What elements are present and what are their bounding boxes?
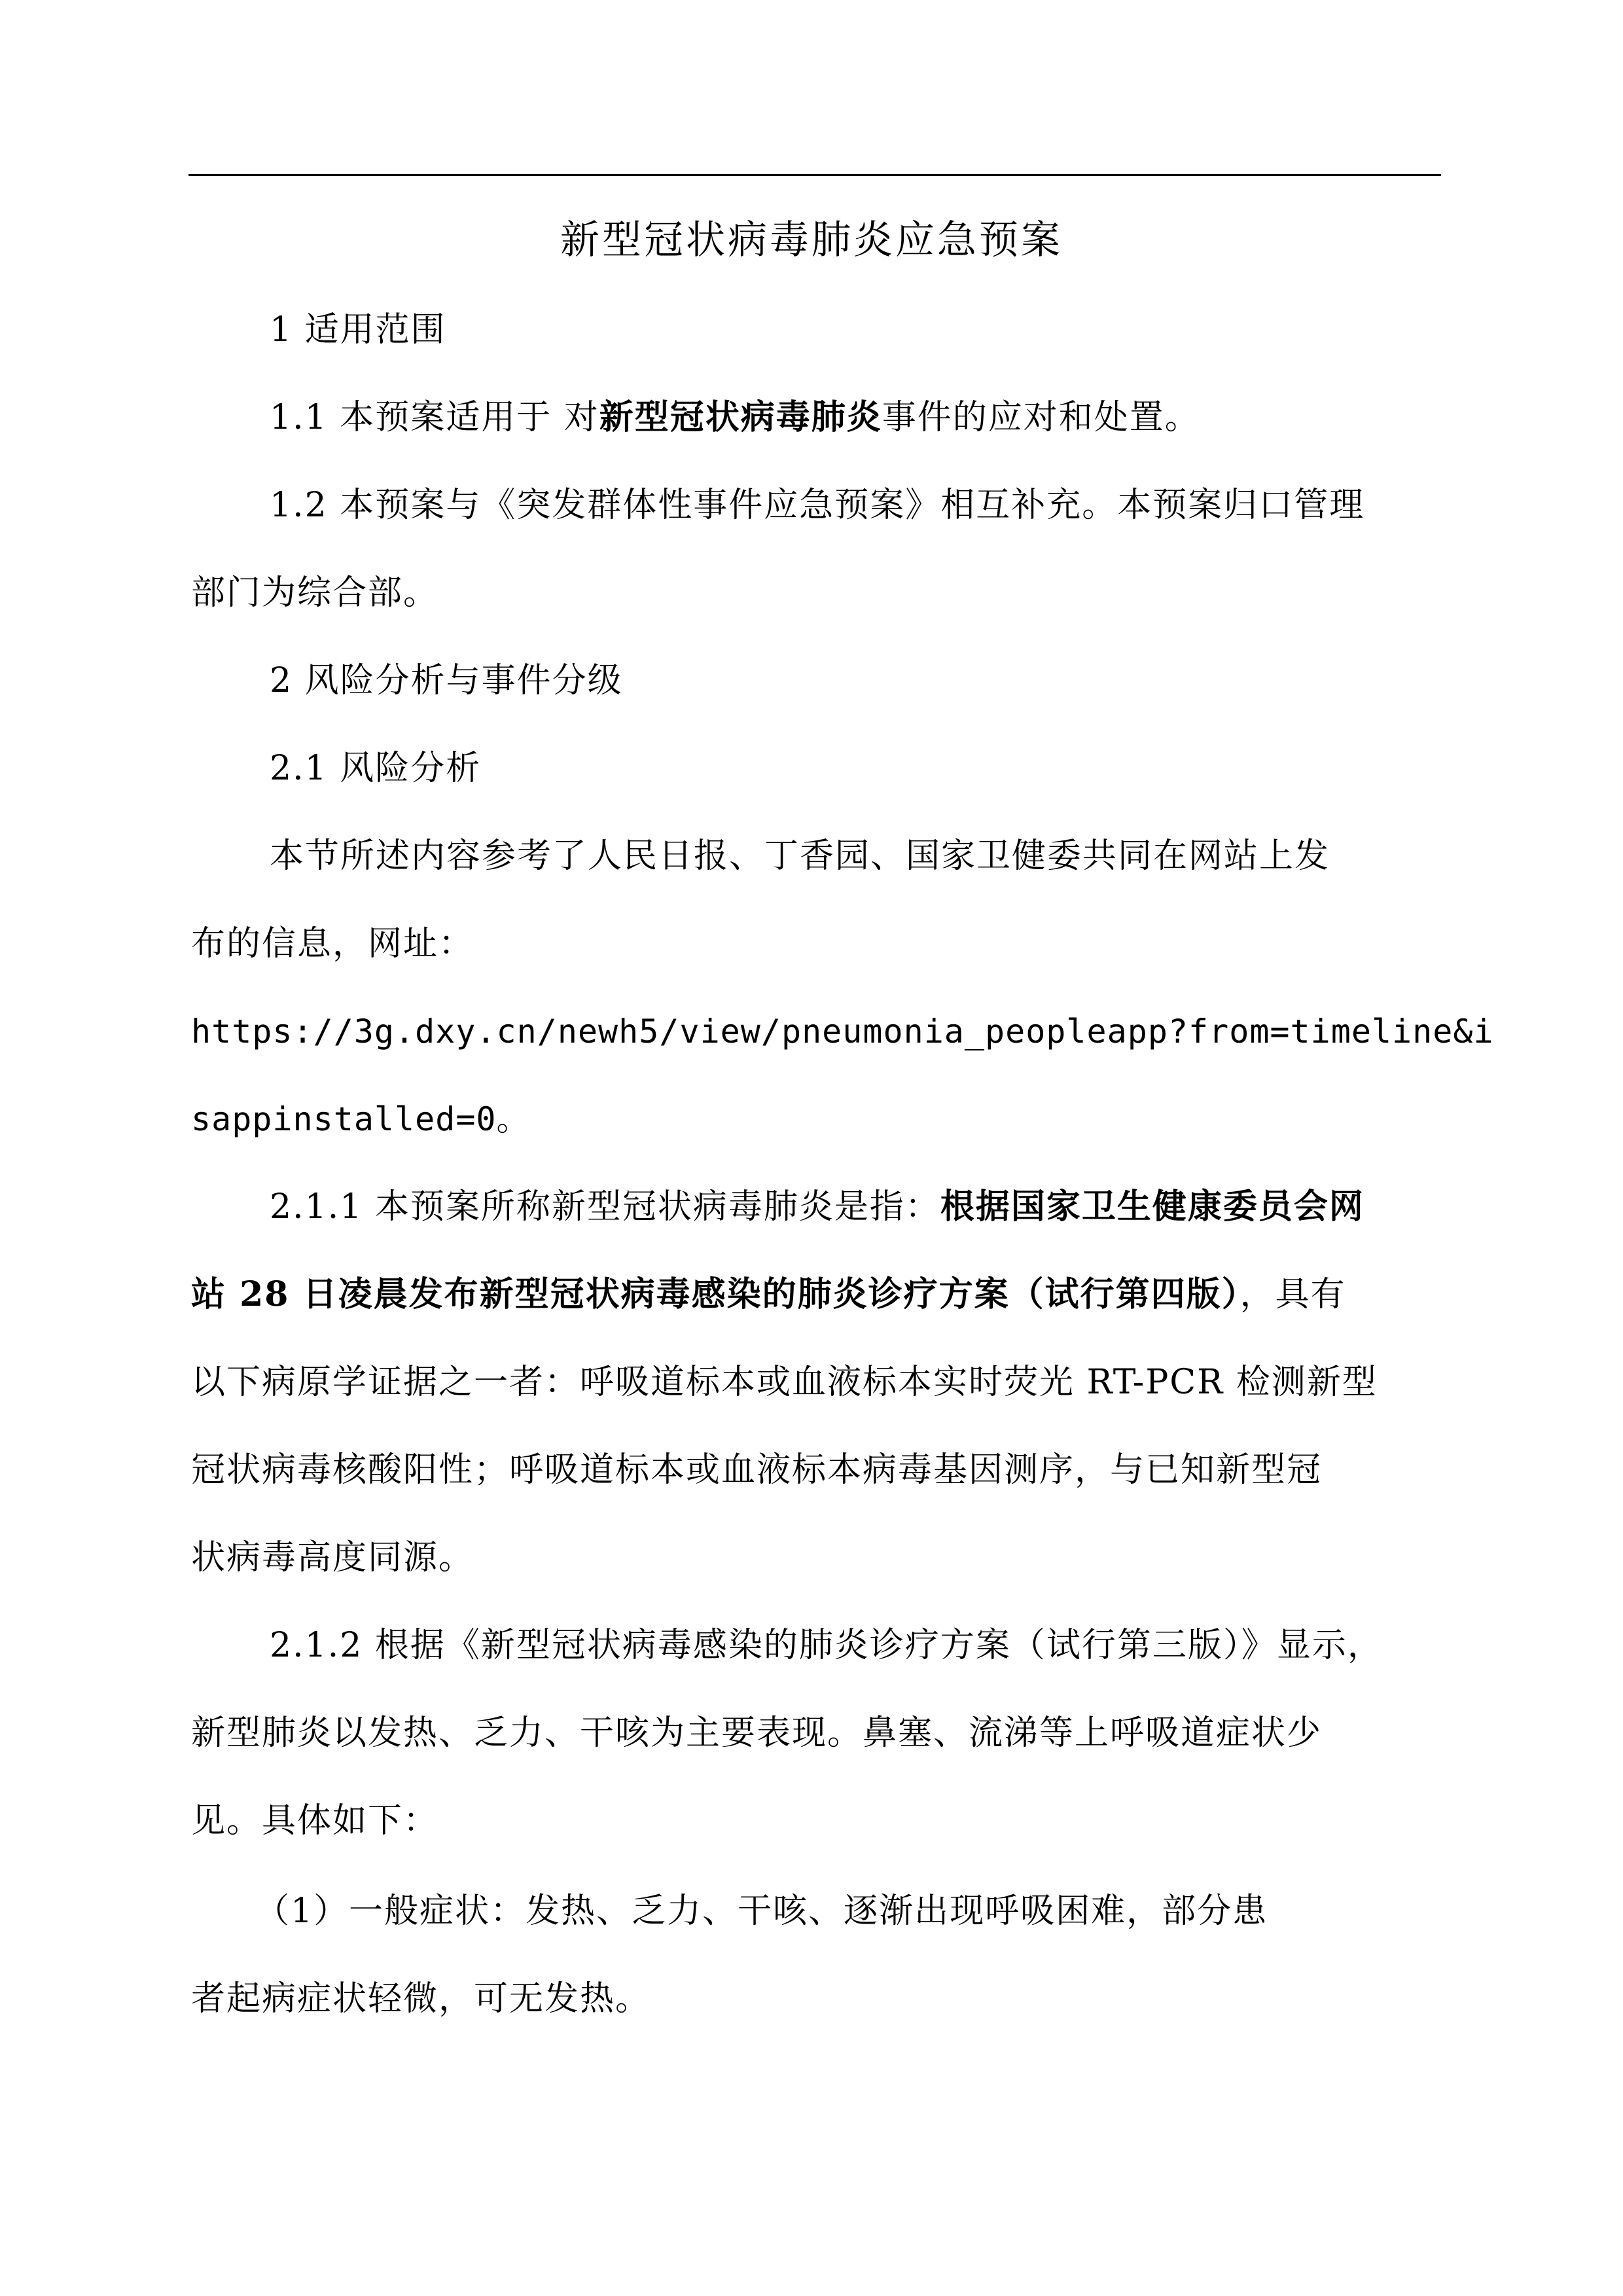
list-item-1-line1: （1）一般症状：发热、乏力、干咳、逐渐出现呼吸困难，部分患 [255, 1892, 1268, 1931]
section-2-1-1-line3: 以下病原学证据之一者：呼吸道标本或血液标本实时荧光 RT-PCR 检测新型 [191, 1363, 1378, 1402]
section-1-1-prefix: 1.1 本预案适用于 对 [270, 398, 599, 437]
section-1-1-bold: 新型冠状病毒肺炎 [599, 397, 882, 437]
section-2-1-2-line2: 新型肺炎以发热、乏力、干咳为主要表现。鼻塞、流涕等上呼吸道症状少 [191, 1713, 1322, 1753]
section-1-heading: 1 适用范围 [270, 310, 446, 350]
section-2-heading: 2 风险分析与事件分级 [270, 661, 623, 700]
section-1-2-line1: 1.2 本预案与《突发群体性事件应急预案》相互补充。本预案归口管理 [270, 486, 1364, 525]
section-2-1-para-line1: 本节所述内容参考了人民日报、丁香园、国家卫健委共同在网站上发 [270, 836, 1330, 876]
section-2-1-1-line2: 站 28 日凌晨发布新型冠状病毒感染的肺炎诊疗方案（试行第四版），具有 [191, 1275, 1346, 1314]
section-2-1-para-line2: 布的信息，网址： [191, 924, 474, 963]
section-2-1-2-line3: 见。具体如下： [191, 1801, 438, 1840]
section-2-1-1-line1-normal: 2.1.1 本预案所称新型冠状病毒肺炎是指： [270, 1187, 940, 1227]
document-title: 新型冠状病毒肺炎应急预案 [0, 217, 1623, 263]
section-2-1-heading: 2.1 风险分析 [270, 749, 481, 788]
section-2-1-1-line2-normal: ，具有 [1240, 1275, 1346, 1314]
section-2-1-1-line1: 2.1.1 本预案所称新型冠状病毒肺炎是指：根据国家卫生健康委员会网 [270, 1187, 1364, 1227]
section-2-1-1-line4: 冠状病毒核酸阳性；呼吸道标本或血液标本病毒基因测序，与已知新型冠 [191, 1450, 1322, 1490]
section-1-1: 1.1 本预案适用于 对新型冠状病毒肺炎事件的应对和处置。 [270, 398, 1200, 437]
reference-url-line2: sappinstalled=0。 [191, 1100, 530, 1139]
section-2-1-1-line5: 状病毒高度同源。 [191, 1538, 474, 1577]
section-2-1-2-line1: 2.1.2 根据《新型冠状病毒感染的肺炎诊疗方案（试行第三版）》显示， [270, 1626, 1383, 1665]
section-1-1-suffix: 事件的应对和处置。 [882, 398, 1200, 437]
reference-url-line1: https://3g.dxy.cn/newh5/view/pneumonia_p… [191, 1012, 1494, 1051]
section-2-1-1-line2-bold: 站 28 日凌晨发布新型冠状病毒感染的肺炎诊疗方案（试行第四版） [191, 1274, 1240, 1314]
header-rule [188, 174, 1441, 176]
section-2-1-1-line1-bold: 根据国家卫生健康委员会网 [940, 1187, 1364, 1227]
section-1-2-line2: 部门为综合部。 [191, 573, 438, 613]
list-item-1-line2: 者起病症状轻微，可无发热。 [191, 1979, 651, 2018]
